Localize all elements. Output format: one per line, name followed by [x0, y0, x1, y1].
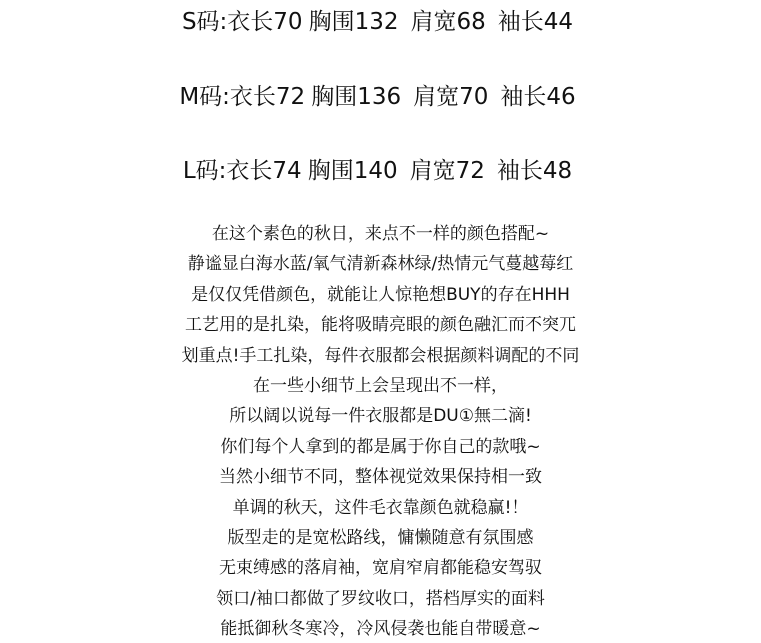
description-line: 在一些小细节上会呈现出不一样， [0, 371, 761, 401]
size-label: L码: [183, 158, 227, 184]
product-description: 在这个素色的秋日，来点不一样的颜色搭配~ 静谧显白海水蓝/氧气清新森林绿/热情元… [0, 219, 761, 643]
description-line: 静谧显白海水蓝/氧气清新森林绿/热情元气蔓越莓红 [0, 249, 761, 279]
description-line: 单调的秋天，这件毛衣靠颜色就稳赢!！ [0, 493, 761, 523]
shoulder-value: 肩宽72 [410, 158, 485, 184]
size-row-l: L码:衣长74胸围140肩宽72袖长48 [0, 156, 761, 186]
description-line: 当然小细节不同，整体视觉效果保持相一致 [0, 462, 761, 492]
description-line: 工艺用的是扎染，能将吸睛亮眼的颜色融汇而不突兀 [0, 310, 761, 340]
description-line: 你们每个人拿到的都是属于你自己的款哦~ [0, 432, 761, 462]
length-value: 衣长70 [227, 9, 302, 35]
chest-value: 胸围136 [311, 84, 401, 110]
sleeve-value: 袖长46 [500, 84, 575, 110]
chest-value: 胸围132 [309, 9, 399, 35]
description-line: 领口/袖口都做了罗纹收口，搭档厚实的面料 [0, 584, 761, 614]
size-row-s: S码:衣长70胸围132肩宽68袖长44 [0, 7, 761, 37]
length-value: 衣长74 [226, 158, 301, 184]
length-value: 衣长72 [230, 84, 305, 110]
shoulder-value: 肩宽70 [413, 84, 488, 110]
size-label: S码: [182, 9, 227, 35]
sleeve-value: 袖长48 [497, 158, 572, 184]
shoulder-value: 肩宽68 [410, 9, 485, 35]
description-line: 在这个素色的秋日，来点不一样的颜色搭配~ [0, 219, 761, 249]
size-row-m: M码:衣长72胸围136肩宽70袖长46 [0, 82, 761, 112]
size-label: M码: [179, 84, 230, 110]
description-line: 划重点!手工扎染，每件衣服都会根据颜料调配的不同 [0, 341, 761, 371]
description-line: 能抵御秋冬寒冷，冷风侵袭也能自带暖意~ [0, 614, 761, 643]
description-line: 版型走的是宽松路线，慵懒随意有氛围感 [0, 523, 761, 553]
description-line: 无束缚感的落肩袖，宽肩窄肩都能稳安驾驭 [0, 553, 761, 583]
chest-value: 胸围140 [308, 158, 398, 184]
description-line: 所以阔以说每一件衣服都是DU①無二滴! [0, 401, 761, 431]
description-line: 是仅仅凭借颜色，就能让人惊艳想BUY的存在HHH [0, 280, 761, 310]
sleeve-value: 袖长44 [498, 9, 573, 35]
